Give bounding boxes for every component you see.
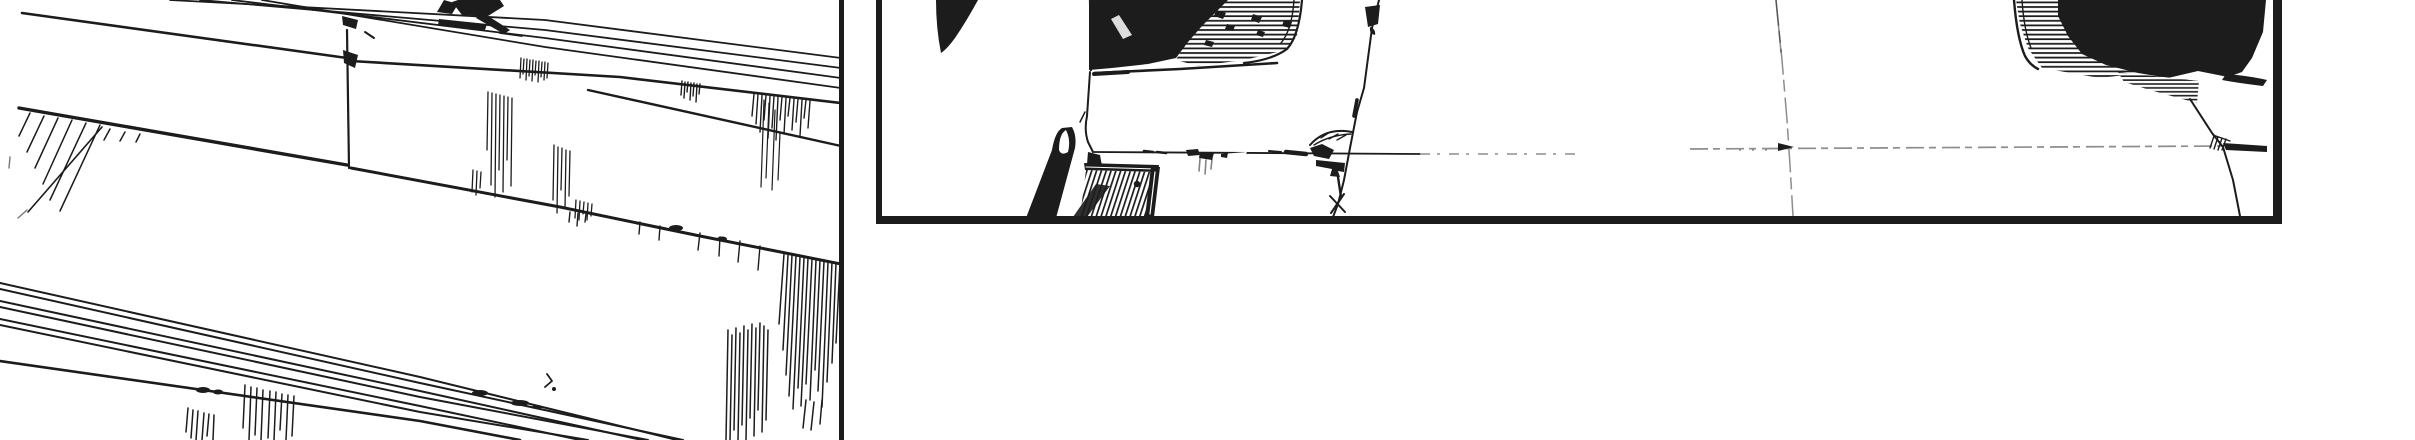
- manga-page: [0, 0, 2415, 440]
- corner-hatch-fan: [9, 113, 140, 218]
- debris-squiggle-mark: [545, 374, 556, 391]
- window-shadow-left: [1089, 0, 1302, 74]
- wall-band-bottom-edge: [19, 108, 841, 264]
- drain-grate: [1073, 163, 1160, 217]
- crack-knot: [1365, 5, 1380, 27]
- vertical-streak-hatching: [472, 58, 810, 220]
- dark-wedge-silhouette: [936, 0, 978, 53]
- window-shadow-right: [2014, 0, 2267, 103]
- shadow-curtain-hatching: [569, 212, 840, 440]
- left-panel: [0, 0, 841, 440]
- ledge-top-edge: [22, 13, 347, 58]
- right-panel: [936, 0, 2267, 218]
- leaning-pole: [1026, 127, 1076, 218]
- floor-shadow-dash: [2223, 143, 2267, 152]
- right-panel-border-left: [876, 0, 882, 224]
- floor-line: [1094, 146, 2224, 174]
- manga-page-artwork: [0, 0, 2415, 440]
- block-joint: [342, 16, 374, 168]
- seam-arrowhead: [1778, 143, 1794, 151]
- lower-ledge-lines: [0, 283, 683, 440]
- right-panel-border-right: [2273, 0, 2282, 224]
- parapet-rail-lines: [22, 0, 841, 146]
- wall-seam: [1776, 0, 1794, 216]
- left-panel-border-right: [839, 0, 844, 440]
- right-panel-border-bottom: [876, 216, 2282, 224]
- floor-crack-diagonal: [2190, 99, 2267, 216]
- lower-ledge-hatching: [186, 385, 294, 440]
